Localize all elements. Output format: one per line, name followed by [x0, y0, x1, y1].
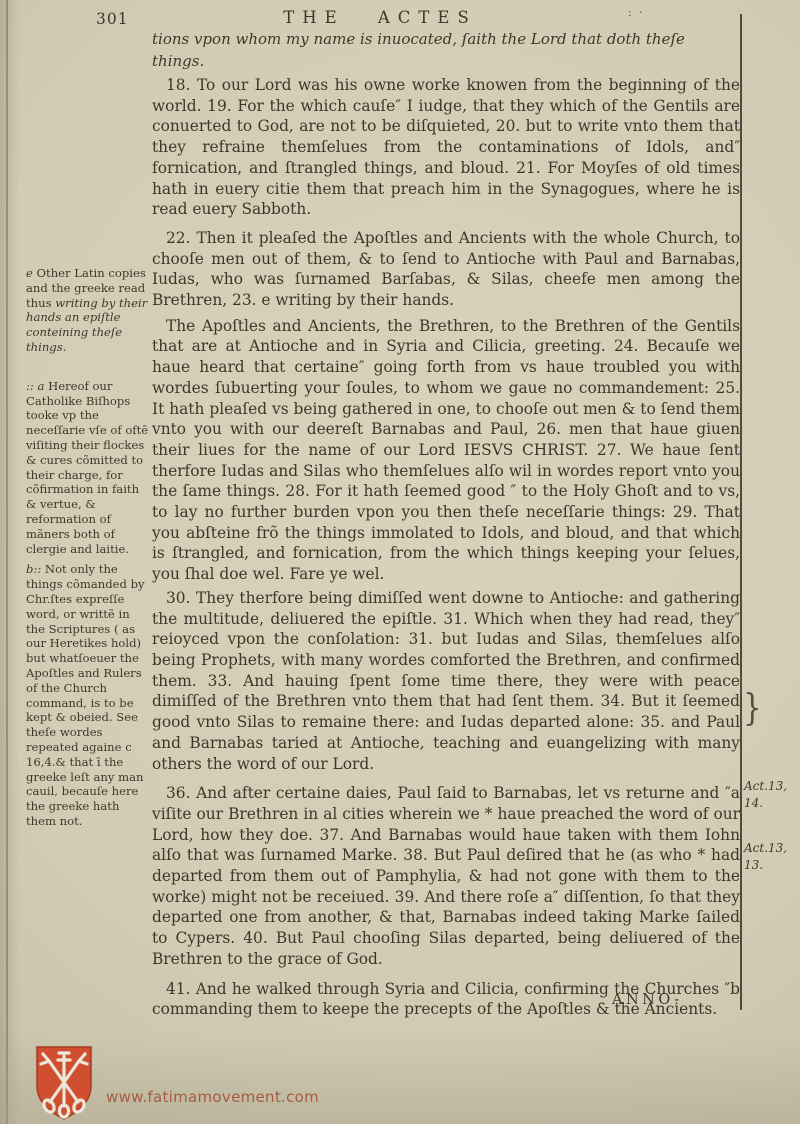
- margin-note-b: b:: Not only the things cõmanded by Chr.…: [26, 562, 150, 828]
- margin-note-marker: e: [26, 266, 37, 280]
- margin-note-e: e Other Latin copies and the greeke read…: [26, 266, 150, 355]
- margin-note-text: Not only the things cõmanded by Chr.ſtes…: [26, 562, 145, 828]
- bottom-edge-shading: [0, 1032, 800, 1124]
- ink-speck-mark: : ·: [628, 6, 645, 19]
- paragraph-verses-22-23: 22. Then it pleaſed the Apoſtles and Anc…: [152, 228, 740, 311]
- watermark-url: www.fatimamovement.com: [106, 1088, 319, 1106]
- right-margin-reference: Act.13, 13.: [744, 840, 798, 874]
- paragraph-verses-18-21: 18. To our Lord was his owne worke knowe…: [152, 75, 740, 220]
- catchword: ANNO-: [612, 992, 683, 1008]
- margin-note-a: :: a Hereof our Catholike Biſhops tooke …: [26, 379, 150, 557]
- margin-note-marker: :: a: [26, 379, 48, 393]
- left-margin-notes-column: e Other Latin copies and the greeke read…: [26, 266, 150, 829]
- running-title: THE ACTES: [0, 8, 760, 27]
- reference-line: 14.: [744, 795, 798, 812]
- right-margin-reference: Act.13, 14.: [744, 778, 798, 812]
- paragraph-epistle-verses-24-29: The Apoſtles and Ancients, the Brethren,…: [152, 316, 740, 585]
- reference-line: Act.13,: [744, 840, 798, 857]
- crossed-keys-shield-icon: [34, 1044, 94, 1122]
- reference-line: Act.13,: [744, 778, 798, 795]
- margin-note-text: Hereof our Catholike Biſhops tooke vp th…: [26, 379, 148, 556]
- left-edge-shading: [0, 0, 20, 1124]
- reference-line: 13.: [744, 857, 798, 874]
- column-rule: [740, 14, 742, 1010]
- margin-brace-mark: }: [743, 688, 761, 729]
- main-text-column: tions vpon whom my name is inuocated, ſa…: [152, 28, 740, 1020]
- paragraph-verses-36-40: 36. And after certaine daies, Paul ſaid …: [152, 783, 740, 969]
- continuation-line: tions vpon whom my name is inuocated, ſa…: [152, 28, 740, 72]
- margin-note-marker: b::: [26, 562, 45, 576]
- scanned-book-page: 301 THE ACTES : · tions vpon whom my nam…: [0, 0, 800, 1124]
- paragraph-verses-30-35: 30. They therfore being dimiſſed went do…: [152, 588, 740, 774]
